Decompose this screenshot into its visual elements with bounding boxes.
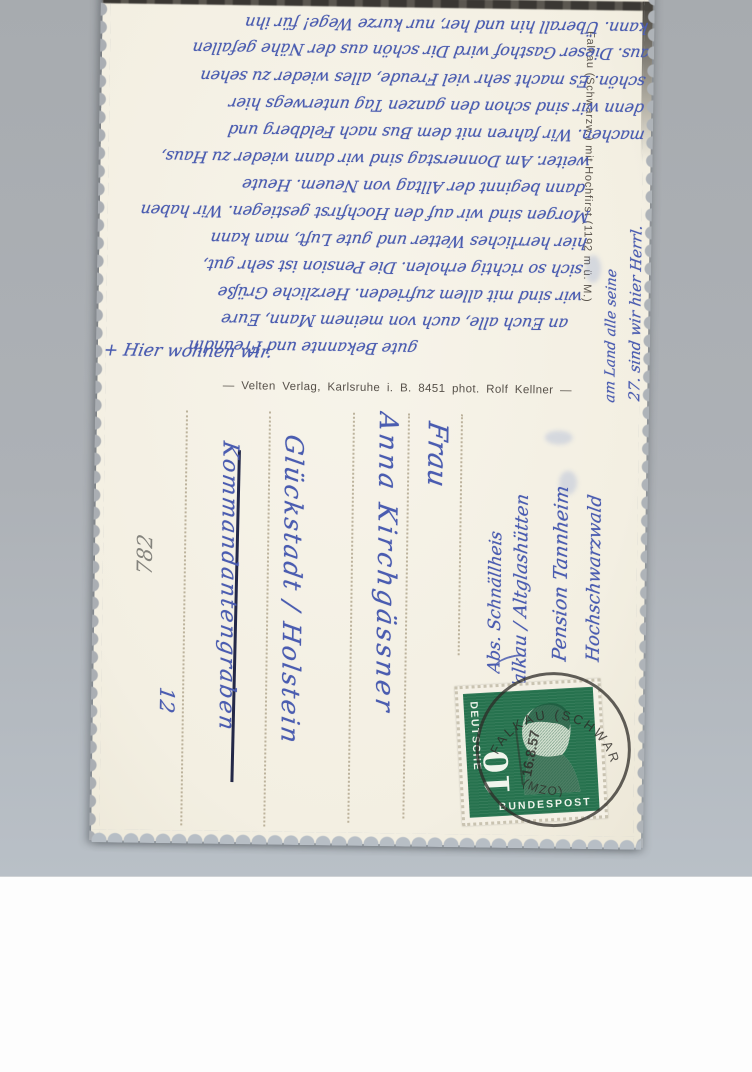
address-line-frau: Frau bbox=[416, 419, 453, 510]
pencil-note: 782 bbox=[133, 493, 160, 577]
sender-line: Pension Tannheim bbox=[549, 420, 580, 664]
stamp-portrait-heuss bbox=[501, 691, 593, 804]
picture-annotation: + Hier wohnen wir. bbox=[102, 340, 274, 362]
ink-smudge bbox=[545, 430, 573, 444]
sender-line: Hochschwarzwald bbox=[583, 440, 612, 664]
address-ruling-line bbox=[458, 414, 463, 655]
publisher-imprint: — Velten Verlag, Karlsruhe i. B. 8451 ph… bbox=[157, 379, 637, 398]
address-line-number: 12 bbox=[153, 685, 180, 729]
address-line-name: Anna Kirchgässner bbox=[335, 405, 403, 727]
stamp-panel: DEUTSCHE 10 BUNDESPOST bbox=[463, 687, 600, 818]
postcard-scan: Falkau (Schwarzw.) mit Hochfirst (1192 m… bbox=[0, 0, 752, 1072]
ink-smudge bbox=[585, 255, 601, 283]
blank-lower-area bbox=[0, 876, 752, 1072]
postage-stamp: DEUTSCHE 10 BUNDESPOST bbox=[455, 678, 609, 826]
message-edge-line: am Land alle seine bbox=[602, 166, 625, 404]
address-ruling-line bbox=[402, 414, 410, 819]
postcard-back: Falkau (Schwarzw.) mit Hochfirst (1192 m… bbox=[91, 0, 653, 848]
address-ruling-line bbox=[180, 410, 188, 825]
address-line-street: Kommandantengraben bbox=[195, 437, 242, 823]
address-line-city: Glückstadt / Holstein bbox=[252, 429, 309, 782]
